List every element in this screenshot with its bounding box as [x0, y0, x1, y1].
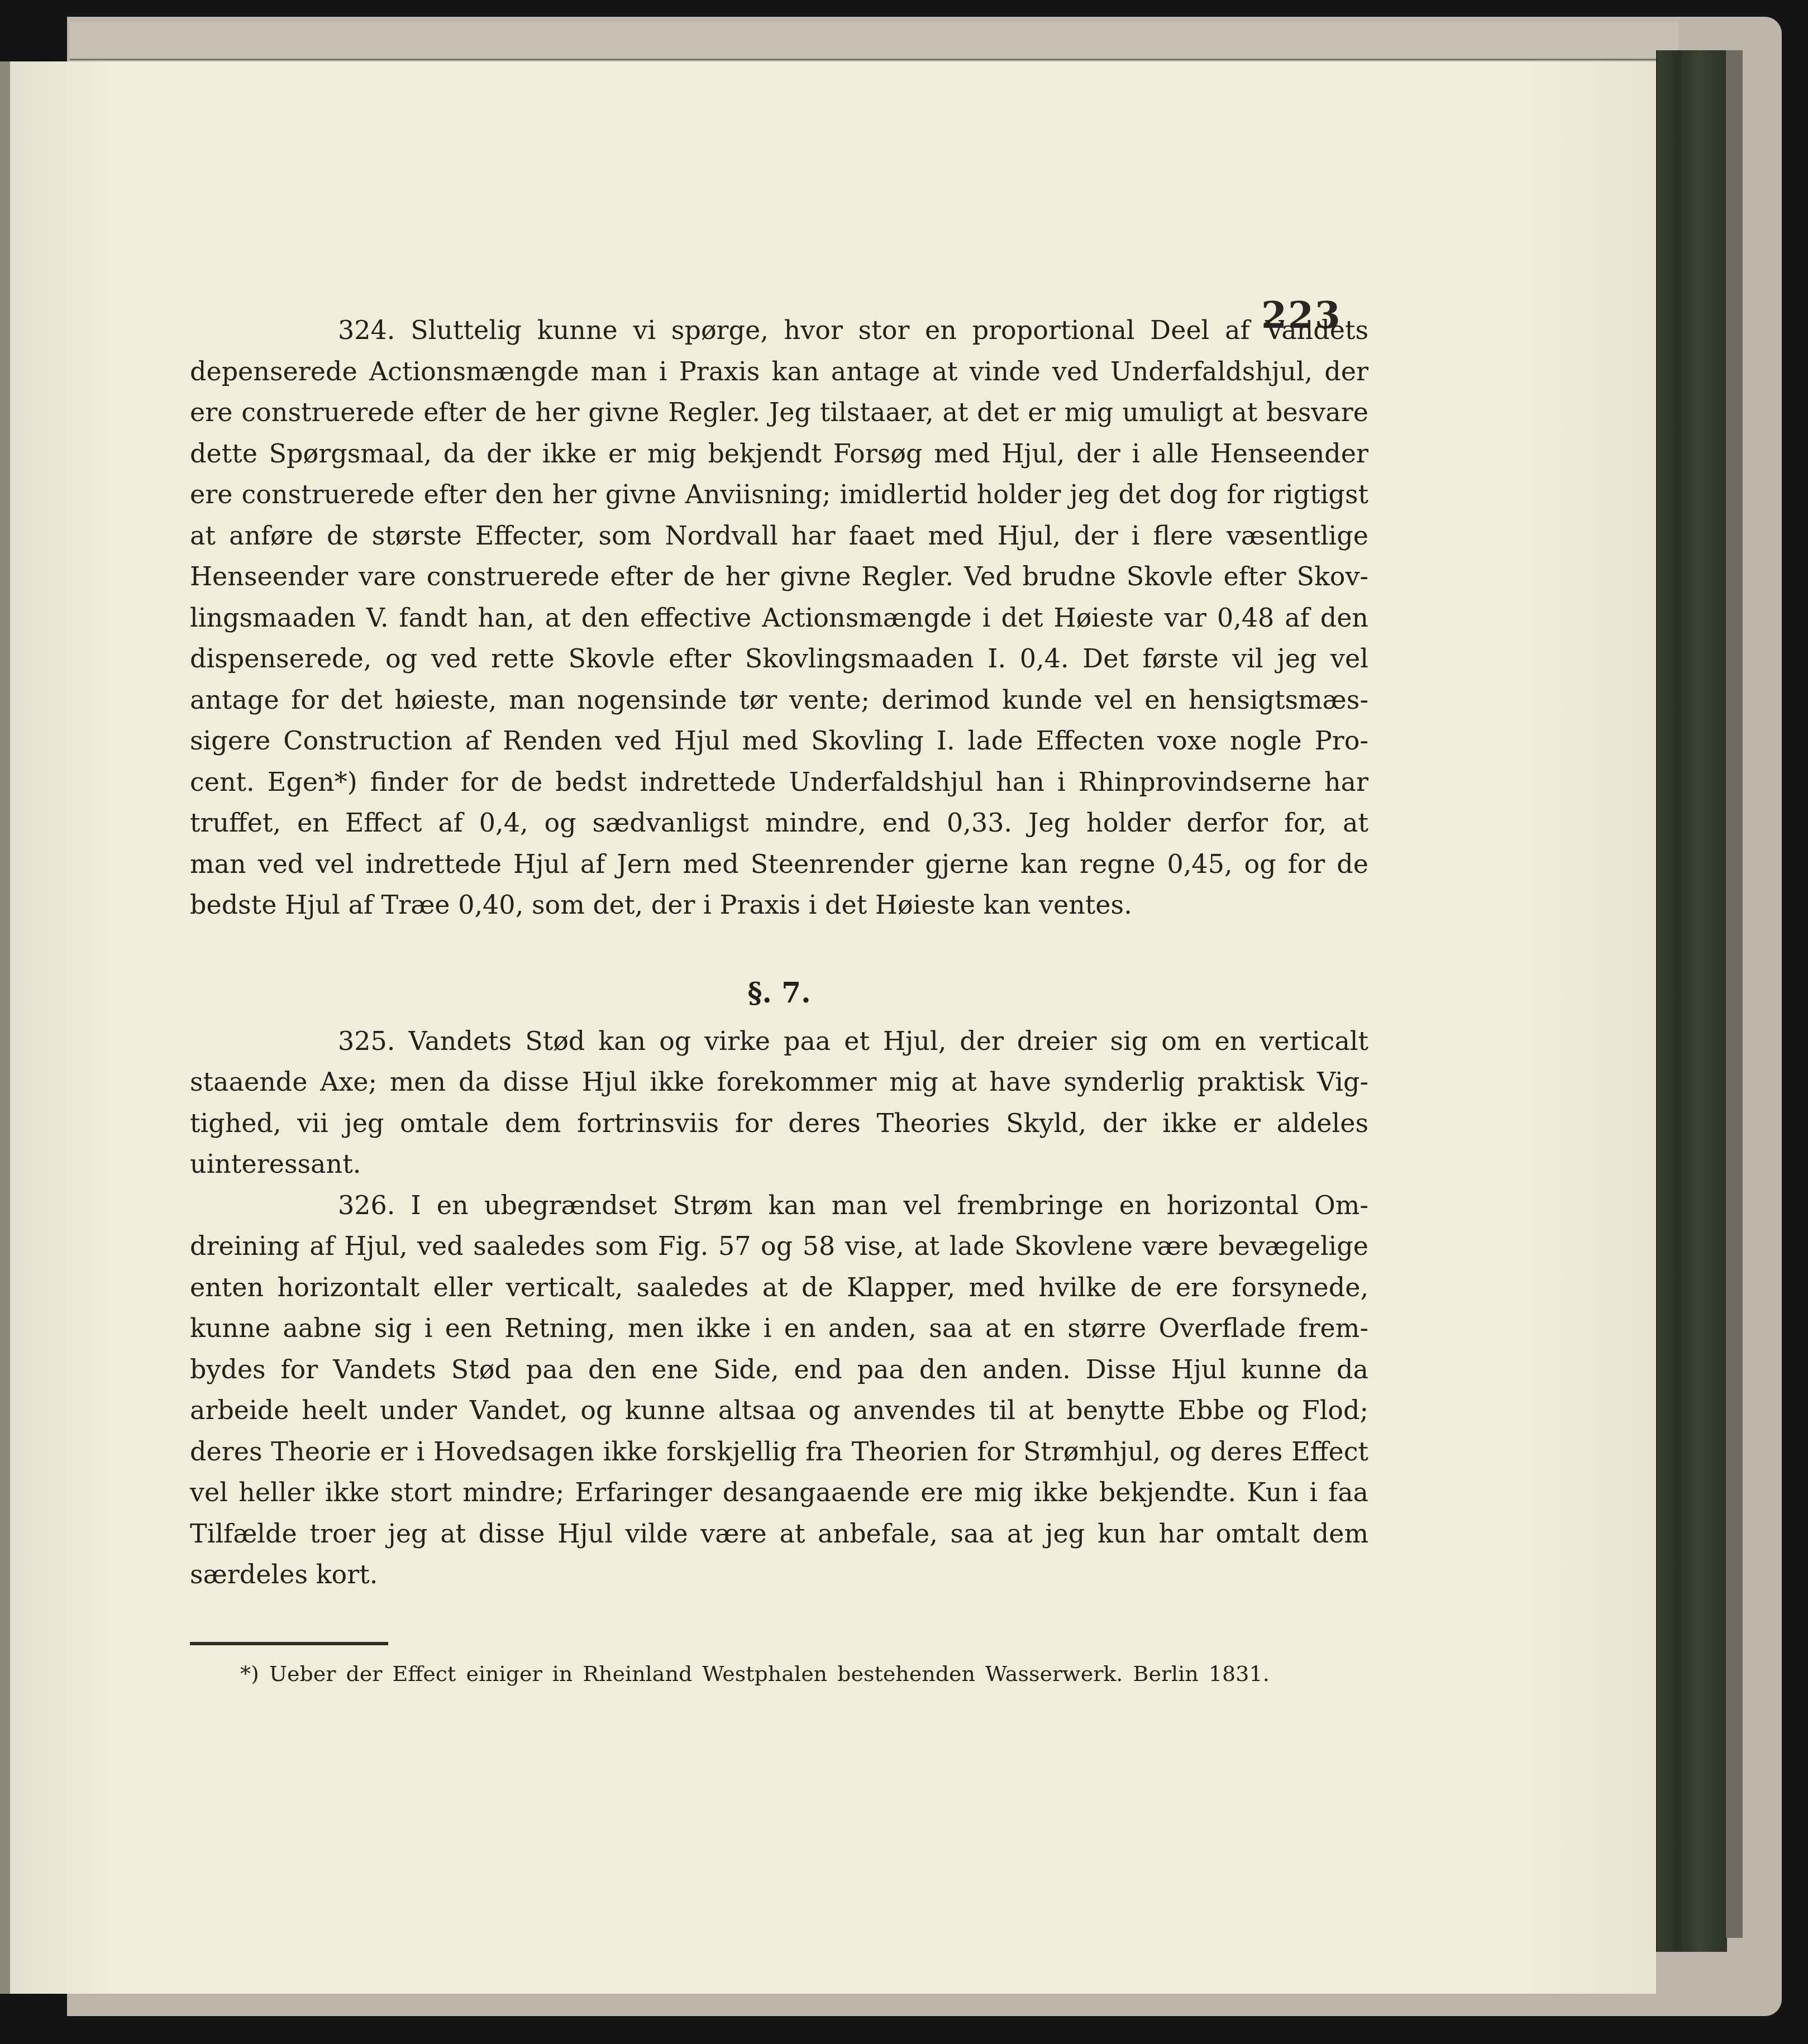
text-line: truffet, en Effect af 0,4, og sædvanligs… [190, 803, 1368, 844]
text-line: tighed, vii jeg omtale dem fortrinsviis … [190, 1103, 1368, 1144]
text-line: arbeide heelt under Vandet, og kunne alt… [190, 1390, 1368, 1431]
text-line: enten horizontalt eller verticalt, saale… [190, 1267, 1368, 1308]
cover-inner-lip [1726, 50, 1743, 1938]
text-line: uinteressant. [190, 1144, 1368, 1185]
paragraph-325: 325. Vandets Stød kan og virke paa et Hj… [190, 1021, 1368, 1185]
text-line: ere construerede efter de her givne Regl… [190, 392, 1368, 433]
text-line: cent. Egen*) finder for de bedst indrett… [190, 762, 1368, 803]
text-line: bedste Hjul af Træe 0,40, som det, der i… [190, 885, 1368, 926]
text-line: depenserede Actionsmængde man i Praxis k… [190, 351, 1368, 393]
text-line: man ved vel indrettede Hjul af Jern med … [190, 844, 1368, 885]
page-body: 324. Sluttelig kunne vi spørge, hvor sto… [190, 310, 1368, 1596]
text-line: lingsmaaden V. fandt han, at den effecti… [190, 598, 1368, 639]
text-line: at anføre de største Effecter, som Nordv… [190, 515, 1368, 557]
text-line: ere construerede efter den her givne Anv… [190, 474, 1368, 515]
text-line: dispenserede, og ved rette Skovle efter … [190, 638, 1368, 680]
text-line: særdeles kort. [190, 1554, 1368, 1596]
text-line: 325. Vandets Stød kan og virke paa et Hj… [190, 1021, 1368, 1062]
footnote: *) Ueber der Effect einiger in Rheinland… [240, 1661, 1270, 1686]
text-line: Tilfælde troer jeg at disse Hjul vilde v… [190, 1513, 1368, 1555]
page-block-edge [1656, 50, 1727, 1952]
text-line: dreining af Hjul, ved saaledes som Fig. … [190, 1226, 1368, 1267]
footnote-divider [190, 1642, 388, 1645]
text-line: vel heller ikke stort mindre; Erfaringer… [190, 1472, 1368, 1513]
book-cover-top-edge [70, 22, 1678, 60]
text-line: Henseender vare construerede efter de he… [190, 556, 1368, 598]
text-line: bydes for Vandets Stød paa den ene Side,… [190, 1349, 1368, 1391]
paragraph-326: 326. I en ubegrændset Strøm kan man vel … [190, 1185, 1368, 1596]
text-line: deres Theorie er i Hovedsagen ikke forsk… [190, 1431, 1368, 1473]
text-line: dette Spørgsmaal, da der ikke er mig bek… [190, 433, 1368, 475]
text-line: kunne aabne sig i een Retning, men ikke … [190, 1308, 1368, 1349]
text-line: sigere Construction af Renden ved Hjul m… [190, 720, 1368, 762]
text-line: 324. Sluttelig kunne vi spørge, hvor sto… [190, 310, 1368, 351]
text-line: antage for det høieste, man nogensinde t… [190, 680, 1368, 721]
section-heading: §. 7. [190, 965, 1368, 1021]
text-line: staaende Axe; men da disse Hjul ikke for… [190, 1062, 1368, 1103]
paragraph-324: 324. Sluttelig kunne vi spørge, hvor sto… [190, 310, 1368, 926]
text-line: 326. I en ubegrændset Strøm kan man vel … [190, 1185, 1368, 1226]
